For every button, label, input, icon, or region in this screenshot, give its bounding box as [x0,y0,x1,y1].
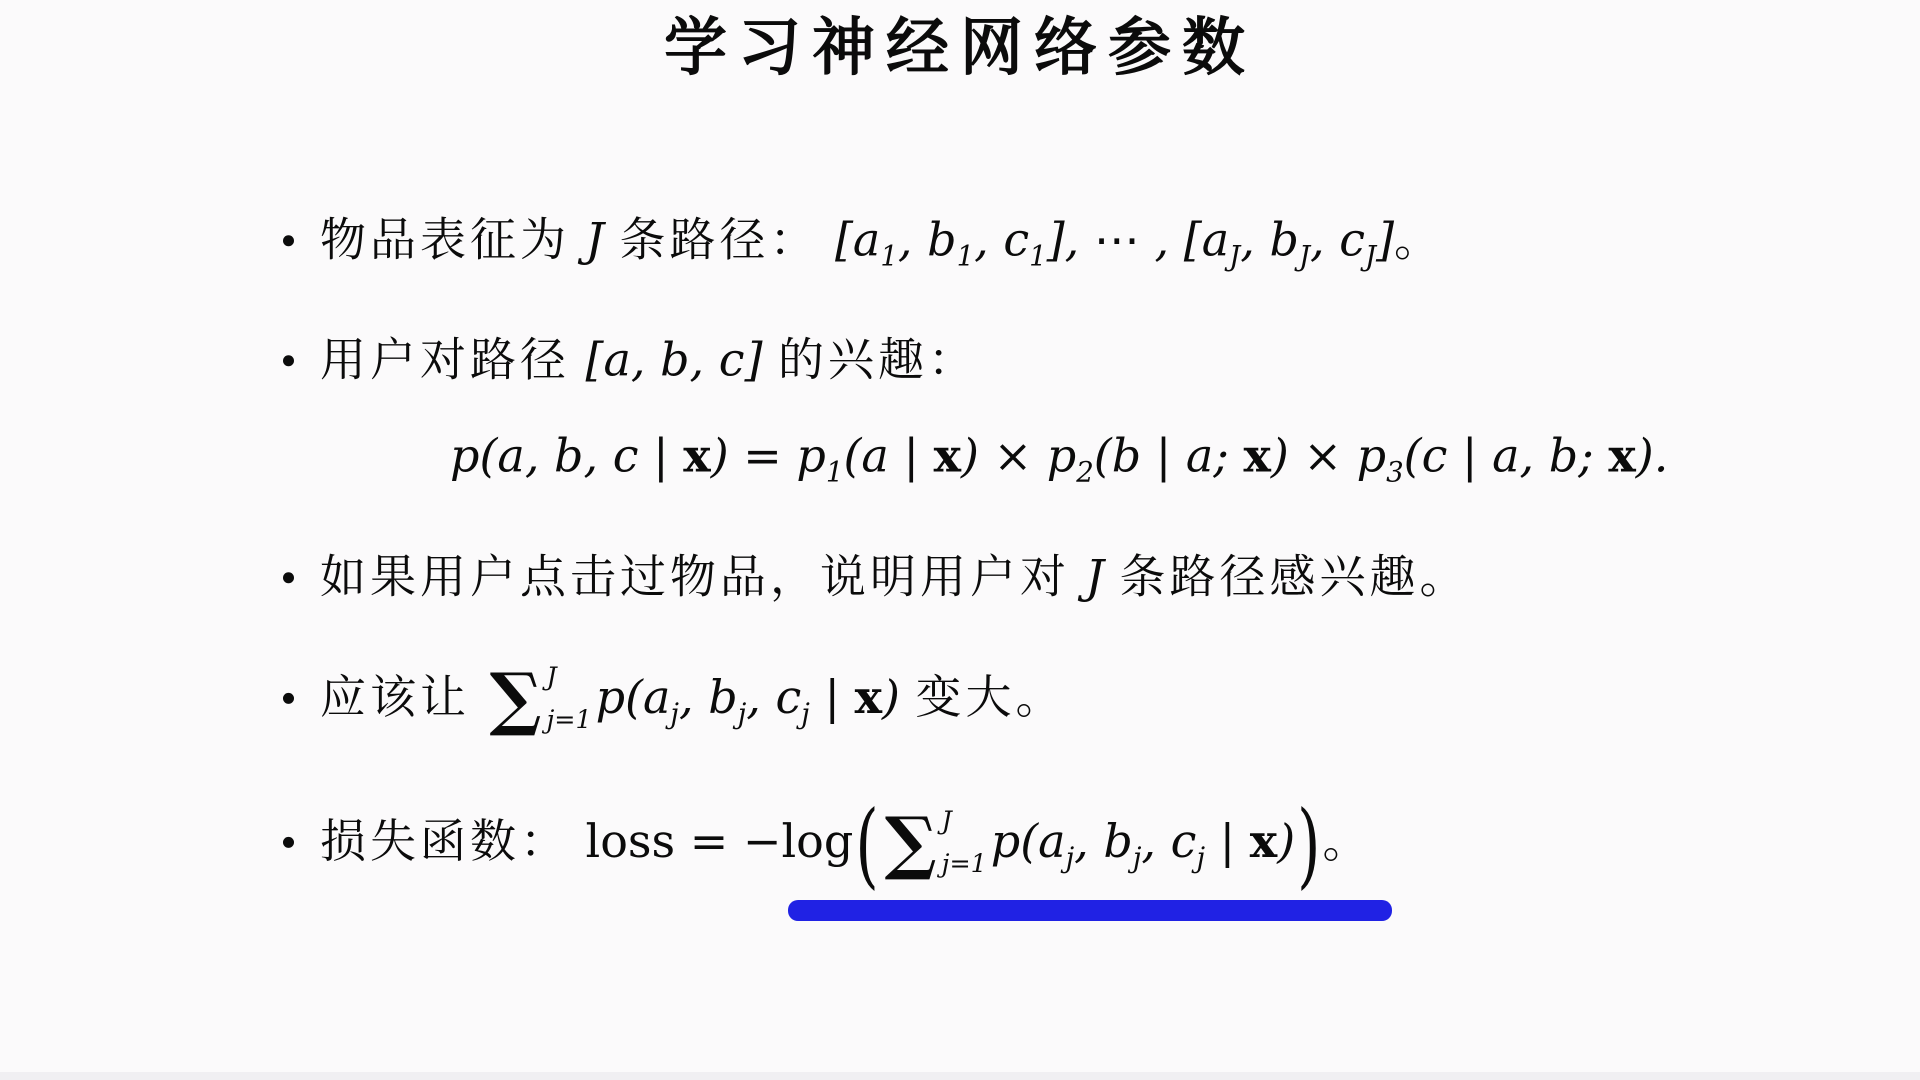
bullet-dot [283,355,294,366]
bottom-edge-strip [0,1072,1920,1080]
text-run: 变大。 [900,672,1066,723]
text-run: 。 [1322,816,1372,867]
text-run: 物品表征为 [320,214,586,265]
bullet-item-maximize-sum: 应该让 ∑Jj=1p(aj, bj, cj | x) 变大。 [283,666,1065,736]
emphasis-underline-bar [788,900,1392,921]
math-run: ∑Jj=1p(aj, bj, cj | x) [486,670,900,724]
bullet-dot [283,693,294,704]
math-run: [a, b, c] [586,332,763,386]
bullet-dot [283,837,294,848]
bullet-dot [283,572,294,583]
math-run: J [1086,549,1104,603]
text-run: 如果用户点击过物品，说明用户对 [320,551,1086,602]
slide: 学习神经网络参数 物品表征为 J 条路径： [a1, b1, c1], ⋯ , … [0,0,1920,1080]
math-run: J [586,212,604,266]
math-run: p(a, b, c | x) = p1(a | x) × p2(b | a; x… [450,428,1668,482]
text-run: 应该让 [320,672,486,723]
formula-path-probability: p(a, b, c | x) = p1(a | x) × p2(b | a; x… [450,427,1668,485]
text-run: 。 [1394,214,1444,265]
text-run: 的兴趣： [763,334,979,385]
bullet-dot [283,235,294,246]
bullet-item-user-interest: 用户对路径 [a, b, c] 的兴趣： [283,331,978,389]
bullet-item-paths-representation: 物品表征为 J 条路径： [a1, b1, c1], ⋯ , [aJ, bJ, … [283,211,1444,269]
text-run: 条路径： [604,214,835,265]
slide-title: 学习神经网络参数 [0,12,1920,84]
text-run: 用户对路径 [320,334,586,385]
text-run: 条路径感兴趣。 [1104,551,1470,602]
text-run: 损失函数： [320,816,586,867]
math-run: loss = −log(∑Jj=1p(aj, bj, cj | x)) [586,814,1323,868]
math-run: [a1, b1, c1], ⋯ , [aJ, bJ, cJ] [835,212,1394,266]
bullet-item-clicked-item: 如果用户点击过物品，说明用户对 J 条路径感兴趣。 [283,548,1469,606]
bullet-item-loss-function: 损失函数： loss = −log(∑Jj=1p(aj, bj, cj | x)… [283,810,1372,880]
